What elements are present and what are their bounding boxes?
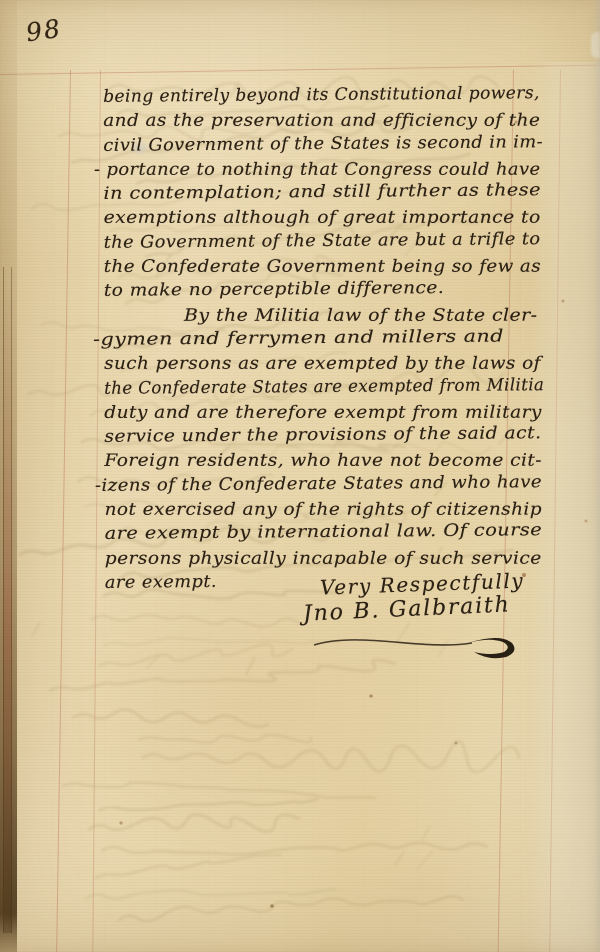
manuscript-page: 98 being entirely beyond its Constitutio… [0,0,600,952]
signature-flourish [300,628,560,672]
manuscript-line: -gymen and ferrymen and millers and [104,324,504,352]
page-edge-chip [591,32,600,58]
manuscript-line: civil Government of the States is second… [103,130,543,158]
manuscript-line: the Confederate Government being so few … [104,255,541,279]
binding-gutter-shadow [0,0,17,952]
manuscript-line: in contemplation; and still further as t… [103,178,541,206]
page-edge [593,0,600,952]
manuscript-line: the Government of the State are but a tr… [104,227,541,255]
manuscript-line: are exempt by international law. Of cour… [105,518,543,546]
manuscript-line: the Confederate States are exempted from… [104,373,544,401]
manuscript-line: service under the provisions of the said… [104,421,541,449]
manuscript-line: persons physically incapable of such ser… [105,546,542,570]
manuscript-line: to make no perceptible difference. [104,276,445,303]
page-number: 98 [24,14,63,48]
left-margin-rule-2 [92,70,101,952]
header-rule-line [0,65,600,75]
paper-specks [0,0,2,2]
manuscript-line: being entirely beyond its Constitutional… [103,81,540,109]
manuscript-line: -izens of the Confederate States and who… [104,470,542,498]
manuscript-body: being entirely beyond its Constitutional… [103,83,575,595]
left-margin-rule-1 [56,70,71,952]
manuscript-line: are exempt. [105,570,217,595]
